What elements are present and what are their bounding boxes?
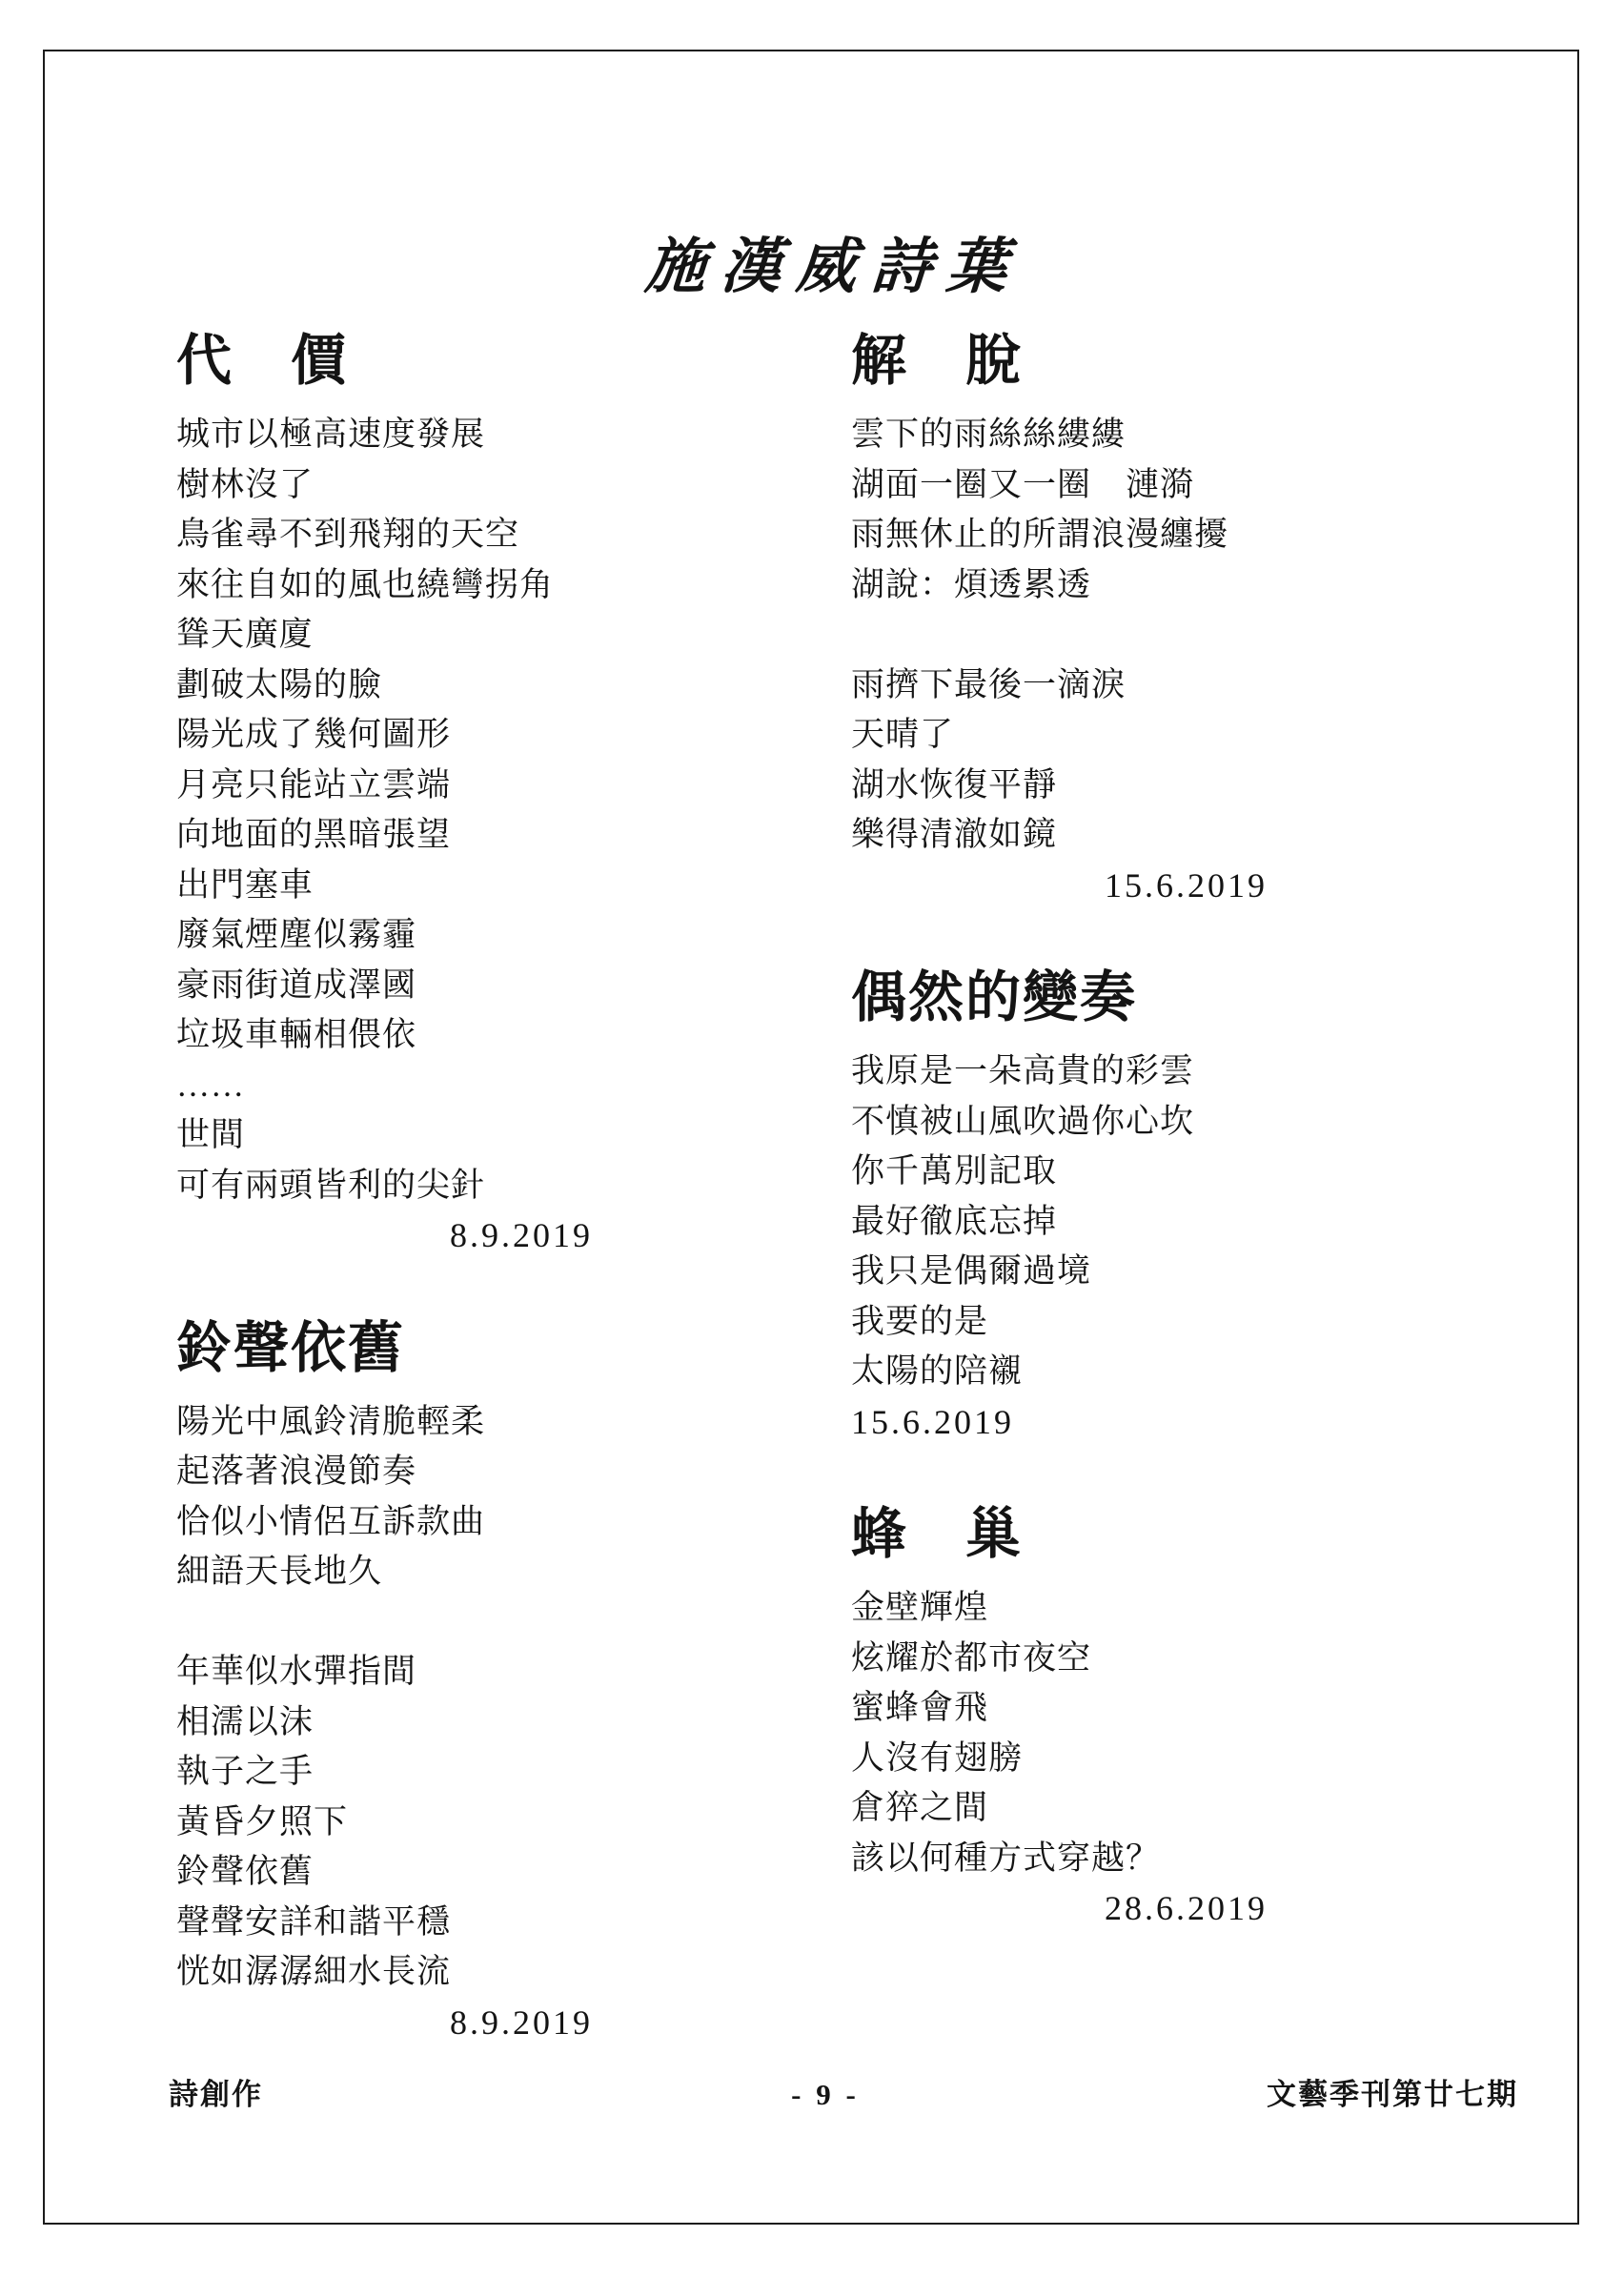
poem-line: 廢氣煙塵似霧霾 bbox=[176, 910, 724, 961]
poem-date: 15.6.2019 bbox=[851, 1397, 1399, 1448]
poem-line: 起落著浪漫節奏 bbox=[176, 1447, 724, 1497]
poem-line: 湖說：煩透累透 bbox=[851, 560, 1399, 611]
poem-jie-tuo: 解 脫雲下的雨絲絲縷縷湖面一圈又一圈 漣漪雨無休止的所謂浪漫纏擾湖說：煩透累透雨… bbox=[851, 329, 1399, 910]
poem-line: 城市以極高速度發展 bbox=[176, 410, 724, 460]
poem-stanza: 我原是一朵高貴的彩雲不慎被山風吹過你心坎你千萬別記取最好徹底忘掉我只是偶爾過境我… bbox=[851, 1047, 1399, 1397]
poem-line: 金壁輝煌 bbox=[851, 1583, 1399, 1634]
poem-line: 人沒有翅膀 bbox=[851, 1734, 1399, 1784]
poem-line: 執子之手 bbox=[176, 1747, 724, 1798]
poem-ling-sheng-yi-jiu: 鈴聲依舊陽光中風鈴清脆輕柔起落著浪漫節奏恰似小情侶互訴款曲細語天長地久年華似水彈… bbox=[176, 1316, 724, 2048]
poem-line: 鈴聲依舊 bbox=[176, 1847, 724, 1898]
poem-line: 我只是偶爾過境 bbox=[851, 1247, 1399, 1297]
poem-line: 陽光成了幾何圖形 bbox=[176, 710, 724, 761]
poem-line: 陽光中風鈴清脆輕柔 bbox=[176, 1397, 724, 1448]
poem-line: 相濡以沫 bbox=[176, 1698, 724, 1748]
poem-line: 該以何種方式穿越？ bbox=[851, 1834, 1399, 1884]
poem-ou-ran-de-bian-zou: 偶然的變奏我原是一朵高貴的彩雲不慎被山風吹過你心坎你千萬別記取最好徹底忘掉我只是… bbox=[851, 966, 1399, 1447]
scanned-poetry-page: { "page": { "title": "施漢威詩葉", "footer": … bbox=[0, 0, 1624, 2277]
poem-stanza: 雨擠下最後一滴淚天晴了湖水恢復平靜樂得清澈如鏡 bbox=[851, 661, 1399, 861]
poem-stanza: 陽光中風鈴清脆輕柔起落著浪漫節奏恰似小情侶互訴款曲細語天長地久 bbox=[176, 1397, 724, 1597]
poem-dai-jia: 代 價城市以極高速度發展樹林沒了鳥雀尋不到飛翔的天空來往自如的風也繞彎拐角聳天廣… bbox=[176, 329, 724, 1261]
poem-stanza: 城市以極高速度發展樹林沒了鳥雀尋不到飛翔的天空來往自如的風也繞彎拐角聳天廣廈劃破… bbox=[176, 410, 724, 1210]
poem-line: 世間 bbox=[176, 1110, 724, 1161]
poem-line: 蜜蜂會飛 bbox=[851, 1683, 1399, 1734]
poem-title: 蜂 巢 bbox=[851, 1502, 1399, 1567]
poem-line: 不慎被山風吹過你心坎 bbox=[851, 1097, 1399, 1148]
poem-line: 劃破太陽的臉 bbox=[176, 661, 724, 711]
poem-line: 月亮只能站立雲端 bbox=[176, 761, 724, 811]
poem-line: 豪雨街道成澤國 bbox=[176, 961, 724, 1011]
column-left: 代 價城市以極高速度發展樹林沒了鳥雀尋不到飛翔的天空來往自如的風也繞彎拐角聳天廣… bbox=[176, 329, 724, 2047]
poem-line: 年華似水彈指間 bbox=[176, 1647, 724, 1698]
poem-line: …… bbox=[176, 1061, 724, 1111]
poem-line: 聳天廣廈 bbox=[176, 610, 724, 661]
poem-line: 倉猝之間 bbox=[851, 1783, 1399, 1834]
poem-date: 28.6.2019 bbox=[851, 1883, 1399, 1934]
poem-line: 樂得清澈如鏡 bbox=[851, 810, 1399, 861]
poem-line: 來往自如的風也繞彎拐角 bbox=[176, 560, 724, 611]
poem-line: 最好徹底忘掉 bbox=[851, 1197, 1399, 1248]
poem-line: 我要的是 bbox=[851, 1297, 1399, 1348]
poem-line: 我原是一朵高貴的彩雲 bbox=[851, 1047, 1399, 1097]
poem-title: 解 脫 bbox=[851, 329, 1399, 394]
poem-title: 鈴聲依舊 bbox=[176, 1316, 724, 1381]
poem-line: 湖面一圈又一圈 漣漪 bbox=[851, 460, 1399, 511]
poem-date: 8.9.2019 bbox=[176, 1210, 724, 1261]
page-title: 施漢威詩葉 bbox=[0, 233, 1624, 301]
poem-line: 恰似小情侶互訴款曲 bbox=[176, 1497, 724, 1548]
poem-stanza: 金壁輝煌炫耀於都市夜空蜜蜂會飛人沒有翅膀倉猝之間該以何種方式穿越？ bbox=[851, 1583, 1399, 1883]
column-right: 解 脫雲下的雨絲絲縷縷湖面一圈又一圈 漣漪雨無休止的所謂浪漫纏擾湖說：煩透累透雨… bbox=[851, 329, 1399, 1934]
footer-journal-issue: 文藝季刊第廿七期 bbox=[1267, 2074, 1518, 2116]
poem-line: 雨擠下最後一滴淚 bbox=[851, 661, 1399, 711]
poem-line: 天晴了 bbox=[851, 710, 1399, 761]
poem-date: 8.9.2019 bbox=[176, 1998, 724, 2048]
poem-line: 雲下的雨絲絲縷縷 bbox=[851, 410, 1399, 460]
poem-line: 鳥雀尋不到飛翔的天空 bbox=[176, 510, 724, 560]
poem-title: 偶然的變奏 bbox=[851, 966, 1399, 1030]
poem-line: 湖水恢復平靜 bbox=[851, 761, 1399, 811]
poem-line: 聲聲安詳和諧平穩 bbox=[176, 1898, 724, 1948]
poem-stanza: 雲下的雨絲絲縷縷湖面一圈又一圈 漣漪雨無休止的所謂浪漫纏擾湖說：煩透累透 bbox=[851, 410, 1399, 610]
poem-line: 你千萬別記取 bbox=[851, 1147, 1399, 1197]
poem-title: 代 價 bbox=[176, 329, 724, 394]
poem-line: 垃圾車輛相偎依 bbox=[176, 1010, 724, 1061]
poem-line: 可有兩頭皆利的尖針 bbox=[176, 1161, 724, 1211]
page-footer: 詩創作 - 9 - 文藝季刊第廿七期 bbox=[43, 2074, 1579, 2116]
poem-line: 雨無休止的所謂浪漫纏擾 bbox=[851, 510, 1399, 560]
poem-line: 恍如潺潺細水長流 bbox=[176, 1947, 724, 1998]
poem-date: 15.6.2019 bbox=[851, 861, 1399, 911]
poem-line: 向地面的黑暗張望 bbox=[176, 810, 724, 861]
poem-feng-chao: 蜂 巢金壁輝煌炫耀於都市夜空蜜蜂會飛人沒有翅膀倉猝之間該以何種方式穿越？28.6… bbox=[851, 1502, 1399, 1934]
poem-line: 炫耀於都市夜空 bbox=[851, 1634, 1399, 1684]
poem-line: 黃昏夕照下 bbox=[176, 1798, 724, 1848]
poem-stanza: 年華似水彈指間相濡以沫執子之手黃昏夕照下鈴聲依舊聲聲安詳和諧平穩恍如潺潺細水長流 bbox=[176, 1647, 724, 1998]
poem-line: 細語天長地久 bbox=[176, 1547, 724, 1597]
poem-line: 樹林沒了 bbox=[176, 460, 724, 511]
poem-line: 出門塞車 bbox=[176, 861, 724, 911]
poem-line: 太陽的陪襯 bbox=[851, 1347, 1399, 1397]
